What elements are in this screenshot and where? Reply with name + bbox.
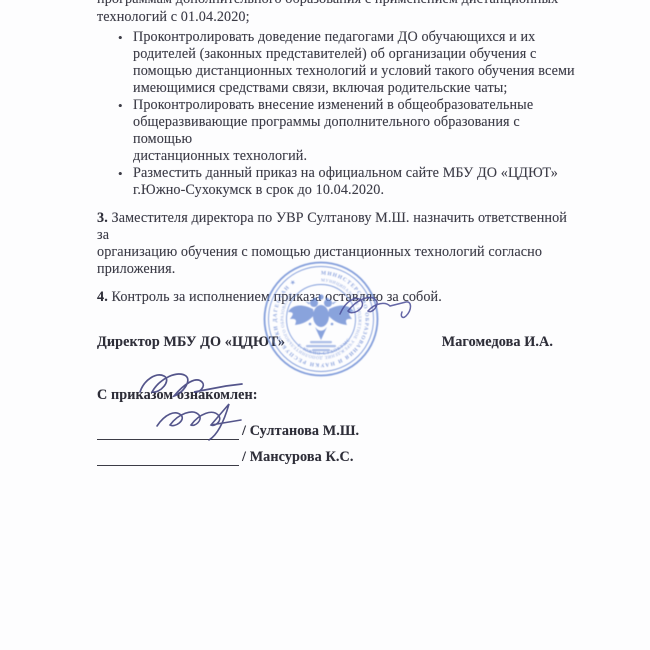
list-item: Проконтролировать внесение изменений в о… bbox=[133, 97, 575, 165]
signature-line-2: / Мансурова К.С. bbox=[97, 449, 575, 466]
paragraph-3-text: Заместителя директора по УВР Султанову М… bbox=[97, 210, 567, 277]
list-item: Разместить данный приказ на официальном … bbox=[133, 165, 575, 199]
signatory-name-2: / Мансурова К.С. bbox=[239, 449, 354, 466]
signature-line-1: / Султанова М.Ш. bbox=[97, 423, 575, 440]
paragraph-4-number: 4. bbox=[97, 289, 108, 305]
director-signature-row: Директор МБУ ДО «ЦДЮТ» Магомедова И.А. bbox=[97, 334, 575, 351]
paragraph-4-text: Контроль за исполнением приказа оставляю… bbox=[108, 289, 442, 305]
acknowledge-label: С приказом ознакомлен: bbox=[97, 387, 575, 404]
clipped-line-text: программам дополнительного образования с… bbox=[97, 0, 575, 8]
director-title-label: Директор МБУ ДО «ЦДЮТ» bbox=[97, 334, 285, 351]
signature-rule bbox=[97, 425, 239, 440]
bullet-list: Проконтролировать доведение педагогами Д… bbox=[97, 29, 575, 199]
signatory-name-1: / Султанова М.Ш. bbox=[239, 423, 359, 440]
paragraph-3: 3. Заместителя директора по УВР Султанов… bbox=[97, 210, 575, 278]
scanned-document-page: программам дополнительного образования с… bbox=[0, 0, 650, 650]
clipped-line-top: программам дополнительного образования с… bbox=[97, 0, 575, 9]
director-name: Магомедова И.А. bbox=[442, 334, 553, 351]
list-item: Проконтролировать доведение педагогами Д… bbox=[133, 29, 575, 97]
paragraph-4: 4. Контроль за исполнением приказа остав… bbox=[97, 289, 575, 306]
signature-rule bbox=[97, 451, 239, 466]
paragraph-3-number: 3. bbox=[97, 210, 108, 226]
continuation-line: технологий с 01.04.2020; bbox=[97, 9, 575, 26]
document-body: программам дополнительного образования с… bbox=[97, 0, 575, 466]
